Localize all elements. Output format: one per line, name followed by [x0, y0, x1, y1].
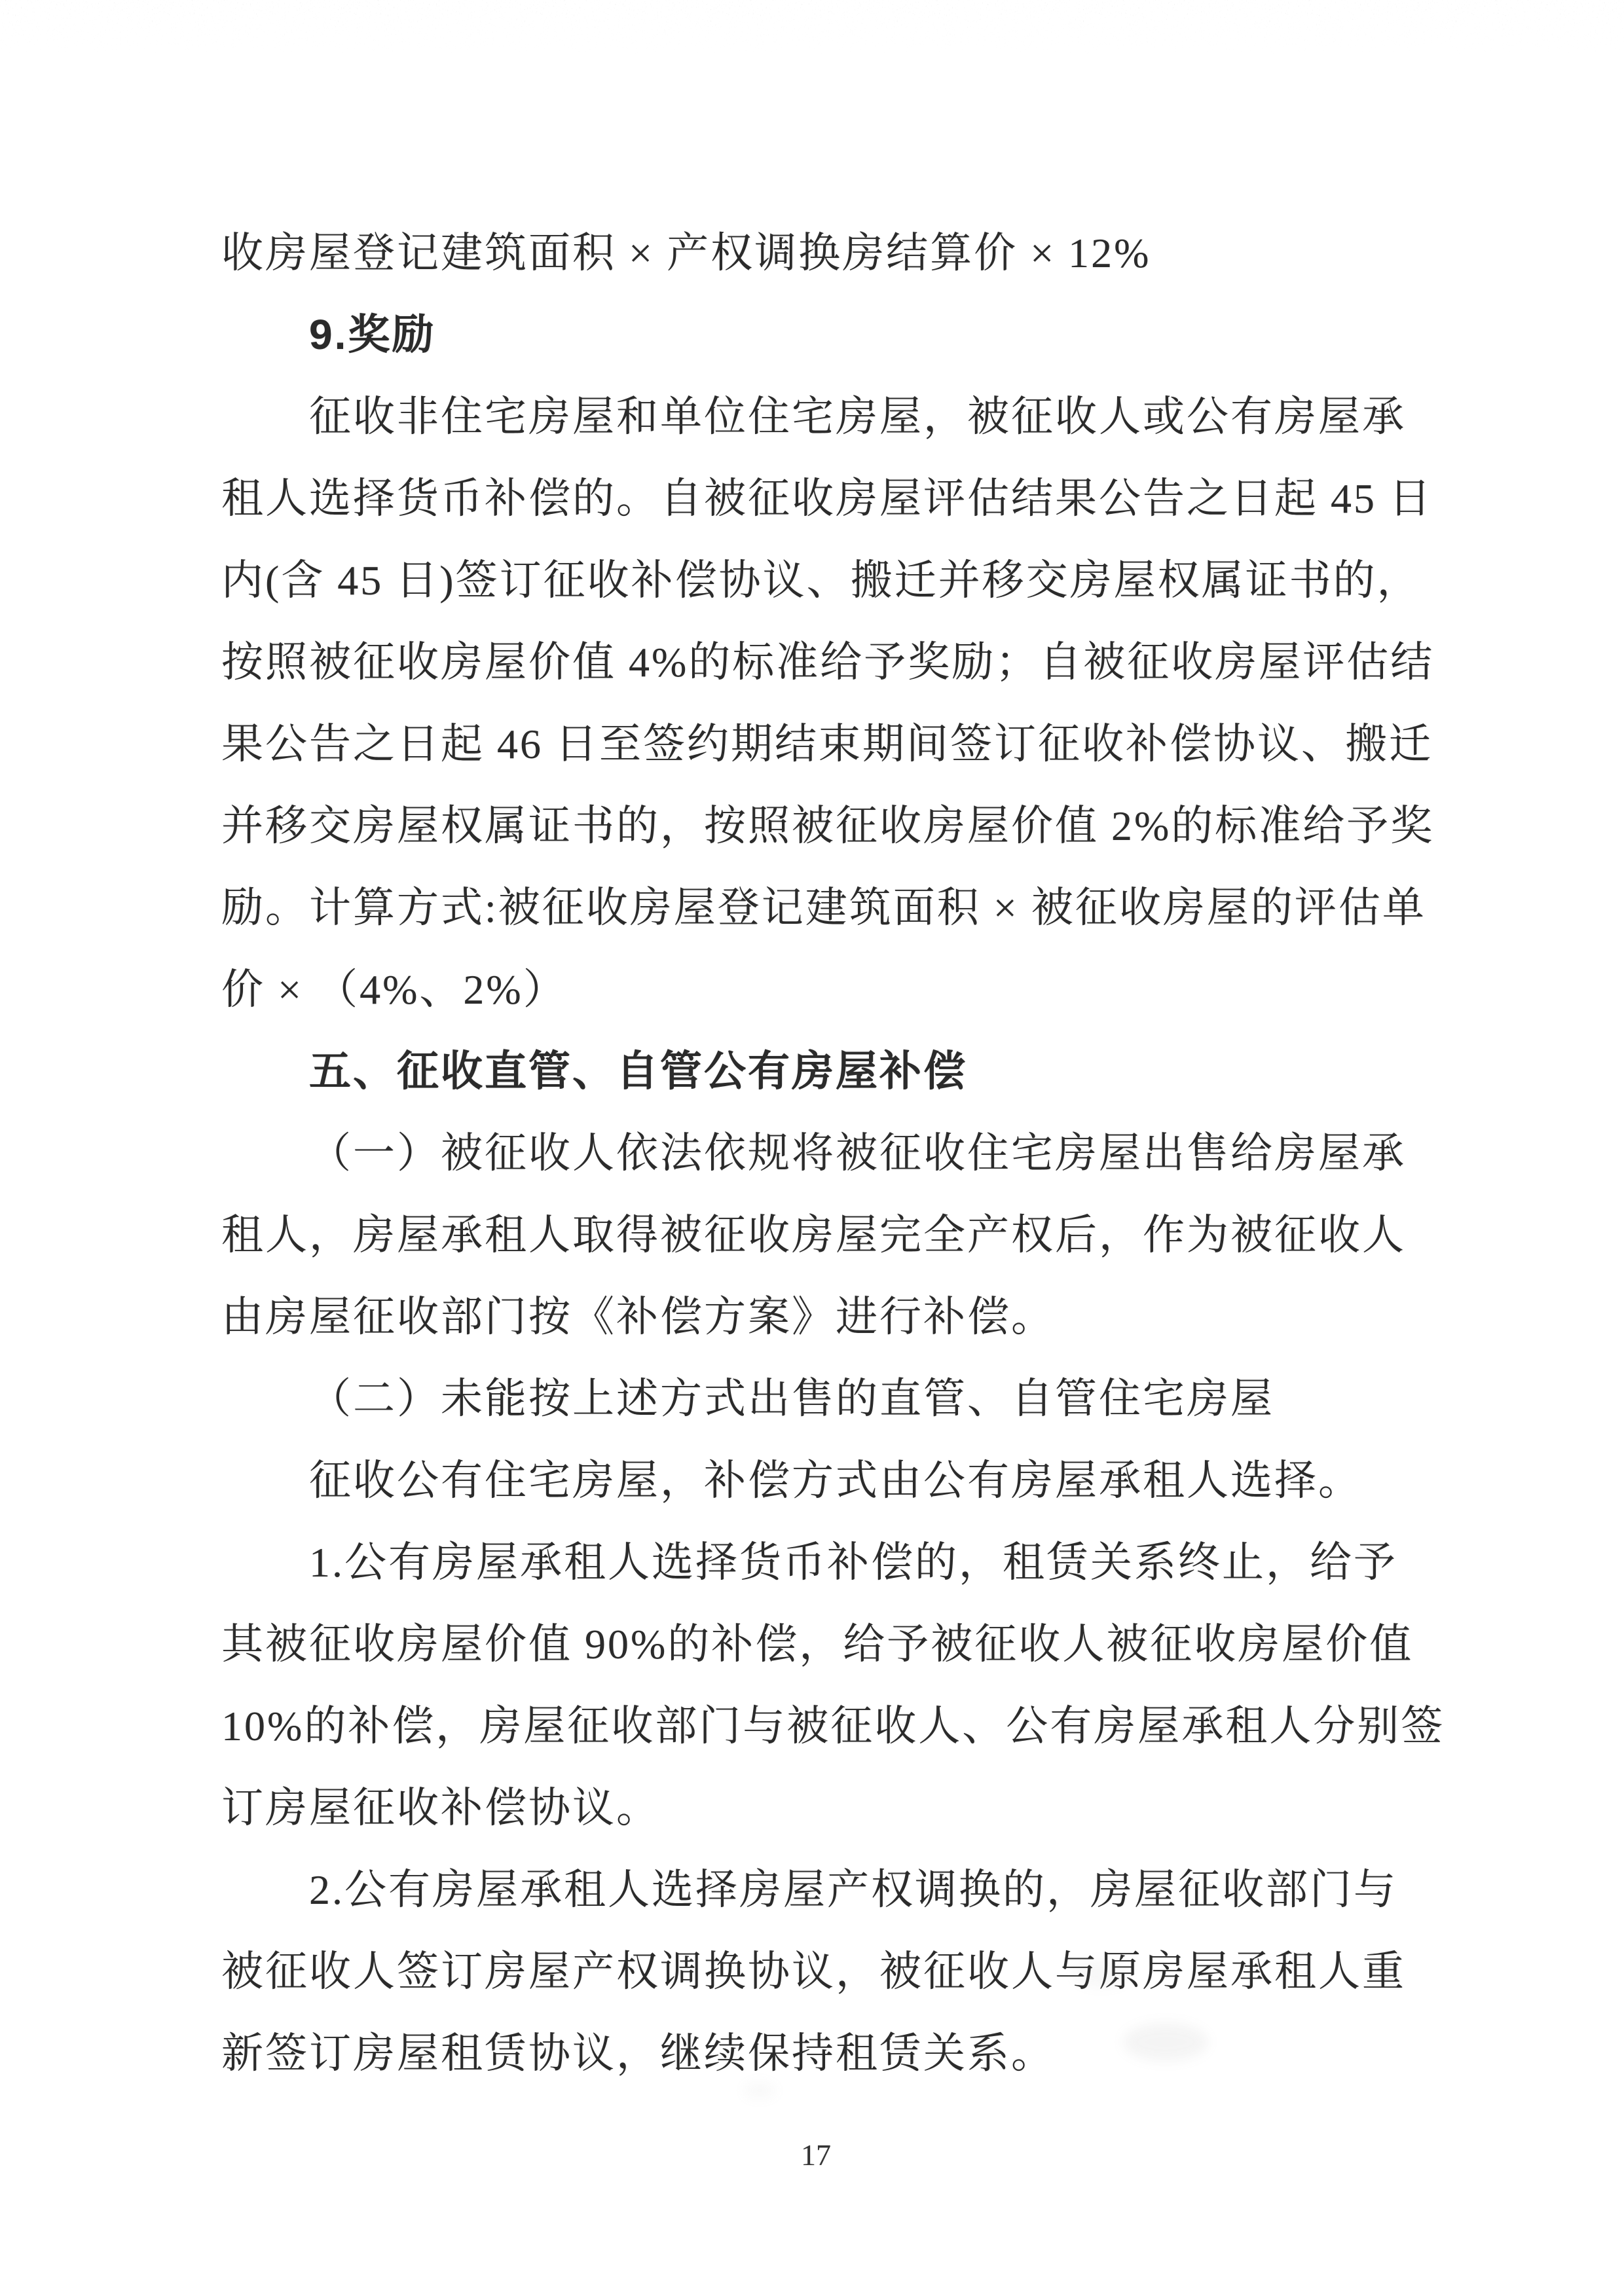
text-line: 其被征收房屋价值 90%的补偿，给予被征收人被征收房屋价值 [221, 1603, 1411, 1685]
scan-smudge [743, 2082, 776, 2099]
scan-smudge [1074, 1961, 1130, 1987]
document-text-block: 收房屋登记建筑面积 × 产权调换房结算价 × 12%9.奖励征收非住宅房屋和单位… [221, 212, 1411, 2094]
text-line: 1.公有房屋承租人选择货币补偿的，租赁关系终止，给予 [221, 1522, 1411, 1603]
scanned-page: 收房屋登记建筑面积 × 产权调换房结算价 × 12%9.奖励征收非住宅房屋和单位… [0, 0, 1624, 2296]
scan-smudge [1123, 2023, 1208, 2061]
page-number: 17 [221, 2136, 1411, 2175]
text-line: 征收非住宅房屋和单位住宅房屋，被征收人或公有房屋承 [221, 376, 1411, 458]
text-line: 并移交房屋权属证书的，按照被征收房屋价值 2%的标准给予奖 [221, 785, 1411, 867]
text-line: 10%的补偿，房屋征收部门与被征收人、公有房屋承租人分别签 [221, 1685, 1411, 1767]
text-line: 由房屋征收部门按《补偿方案》进行补偿。 [221, 1276, 1411, 1358]
scan-noise-band [0, 0, 1624, 56]
text-line: 租人选择货币补偿的。自被征收房屋评估结果公告之日起 45 日 [221, 458, 1411, 539]
text-line: 内(含 45 日)签订征收补偿协议、搬迁并移交房屋权属证书的， [221, 539, 1411, 621]
text-line: 订房屋征收补偿协议。 [221, 1767, 1411, 1849]
text-line: 2.公有房屋承租人选择房屋产权调换的，房屋征收部门与 [221, 1849, 1411, 1931]
text-line: 励。计算方式:被征收房屋登记建筑面积 × 被征收房屋的评估单 [221, 867, 1411, 949]
text-line: 五、征收直管、自管公有房屋补偿 [221, 1030, 1411, 1112]
text-line: 按照被征收房屋价值 4%的标准给予奖励；自被征收房屋评估结 [221, 621, 1411, 703]
text-line: 被征收人签订房屋产权调换协议，被征收人与原房屋承租人重 [221, 1931, 1411, 2013]
text-line: 9.奖励 [221, 294, 1411, 376]
text-line: 价 × （4%、2%） [221, 949, 1411, 1030]
text-line: （二）未能按上述方式出售的直管、自管住宅房屋 [221, 1358, 1411, 1440]
text-line: 收房屋登记建筑面积 × 产权调换房结算价 × 12% [221, 212, 1411, 294]
text-line: 新签订房屋租赁协议，继续保持租赁关系。 [221, 2013, 1411, 2094]
text-line: 征收公有住宅房屋，补偿方式由公有房屋承租人选择。 [221, 1440, 1411, 1522]
text-line: 租人，房屋承租人取得被征收房屋完全产权后，作为被征收人 [221, 1194, 1411, 1276]
text-line: （一）被征收人依法依规将被征收住宅房屋出售给房屋承 [221, 1112, 1411, 1194]
text-line: 果公告之日起 46 日至签约期结束期间签订征收补偿协议、搬迁 [221, 703, 1411, 785]
